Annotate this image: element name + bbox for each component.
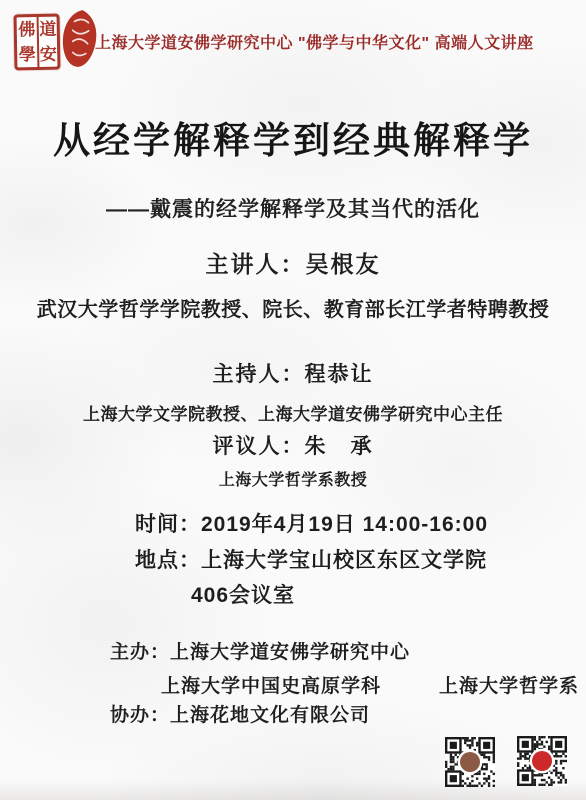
host-line: 主持人：程恭让: [0, 358, 586, 388]
host-affiliation: 上海大学文学院教授、上海大学道安佛学研究中心主任: [0, 400, 586, 425]
discussant-affiliation: 上海大学哲学系教授: [0, 467, 586, 490]
speaker-affiliation: 武汉大学哲学学院教授、院长、教育部长江学者特聘教授: [0, 293, 586, 322]
venue-line: 地点：上海大学宝山校区东区文学院: [135, 544, 487, 574]
organizer-2a: 上海大学中国史高原学科: [161, 676, 381, 697]
time-line: 时间：2019年4月19日 14:00-16:00: [135, 508, 488, 538]
qr-code-right: [517, 736, 567, 786]
qr-code-left: [445, 737, 495, 787]
series-header: 上海大学道安佛学研究中心 "佛学与中华文化" 高端人文讲座: [95, 30, 573, 53]
daoan-foxue-square-seal: 佛 道 學 安: [14, 14, 61, 71]
room-line: 406会议室: [191, 579, 295, 609]
seal-char: 學: [17, 42, 37, 67]
organizer-2b: 上海大学哲学系: [439, 676, 579, 697]
lecture-subtitle: ——戴震的经学解释学及其当代的活化: [0, 193, 586, 223]
organizer-line: 主办：上海大学道安佛学研究中心: [110, 637, 410, 664]
organizer-line-2: 上海大学中国史高原学科上海大学哲学系: [161, 671, 579, 698]
lecture-poster: 佛 道 學 安 上海大学道安佛学研究中心 "佛学与中华文化" 高端人文讲座 从经…: [0, 0, 586, 800]
seal-char: 安: [37, 42, 57, 67]
co-organizer-line: 协办：上海花地文化有限公司: [110, 700, 370, 727]
speaker-line: 主讲人：吴根友: [0, 246, 586, 279]
seal-char: 道: [37, 17, 57, 42]
seal-char: 佛: [17, 17, 37, 42]
lecture-title: 从经学解释学到经典解释学: [0, 110, 586, 164]
discussant-line: 评议人：朱 承: [0, 430, 586, 460]
